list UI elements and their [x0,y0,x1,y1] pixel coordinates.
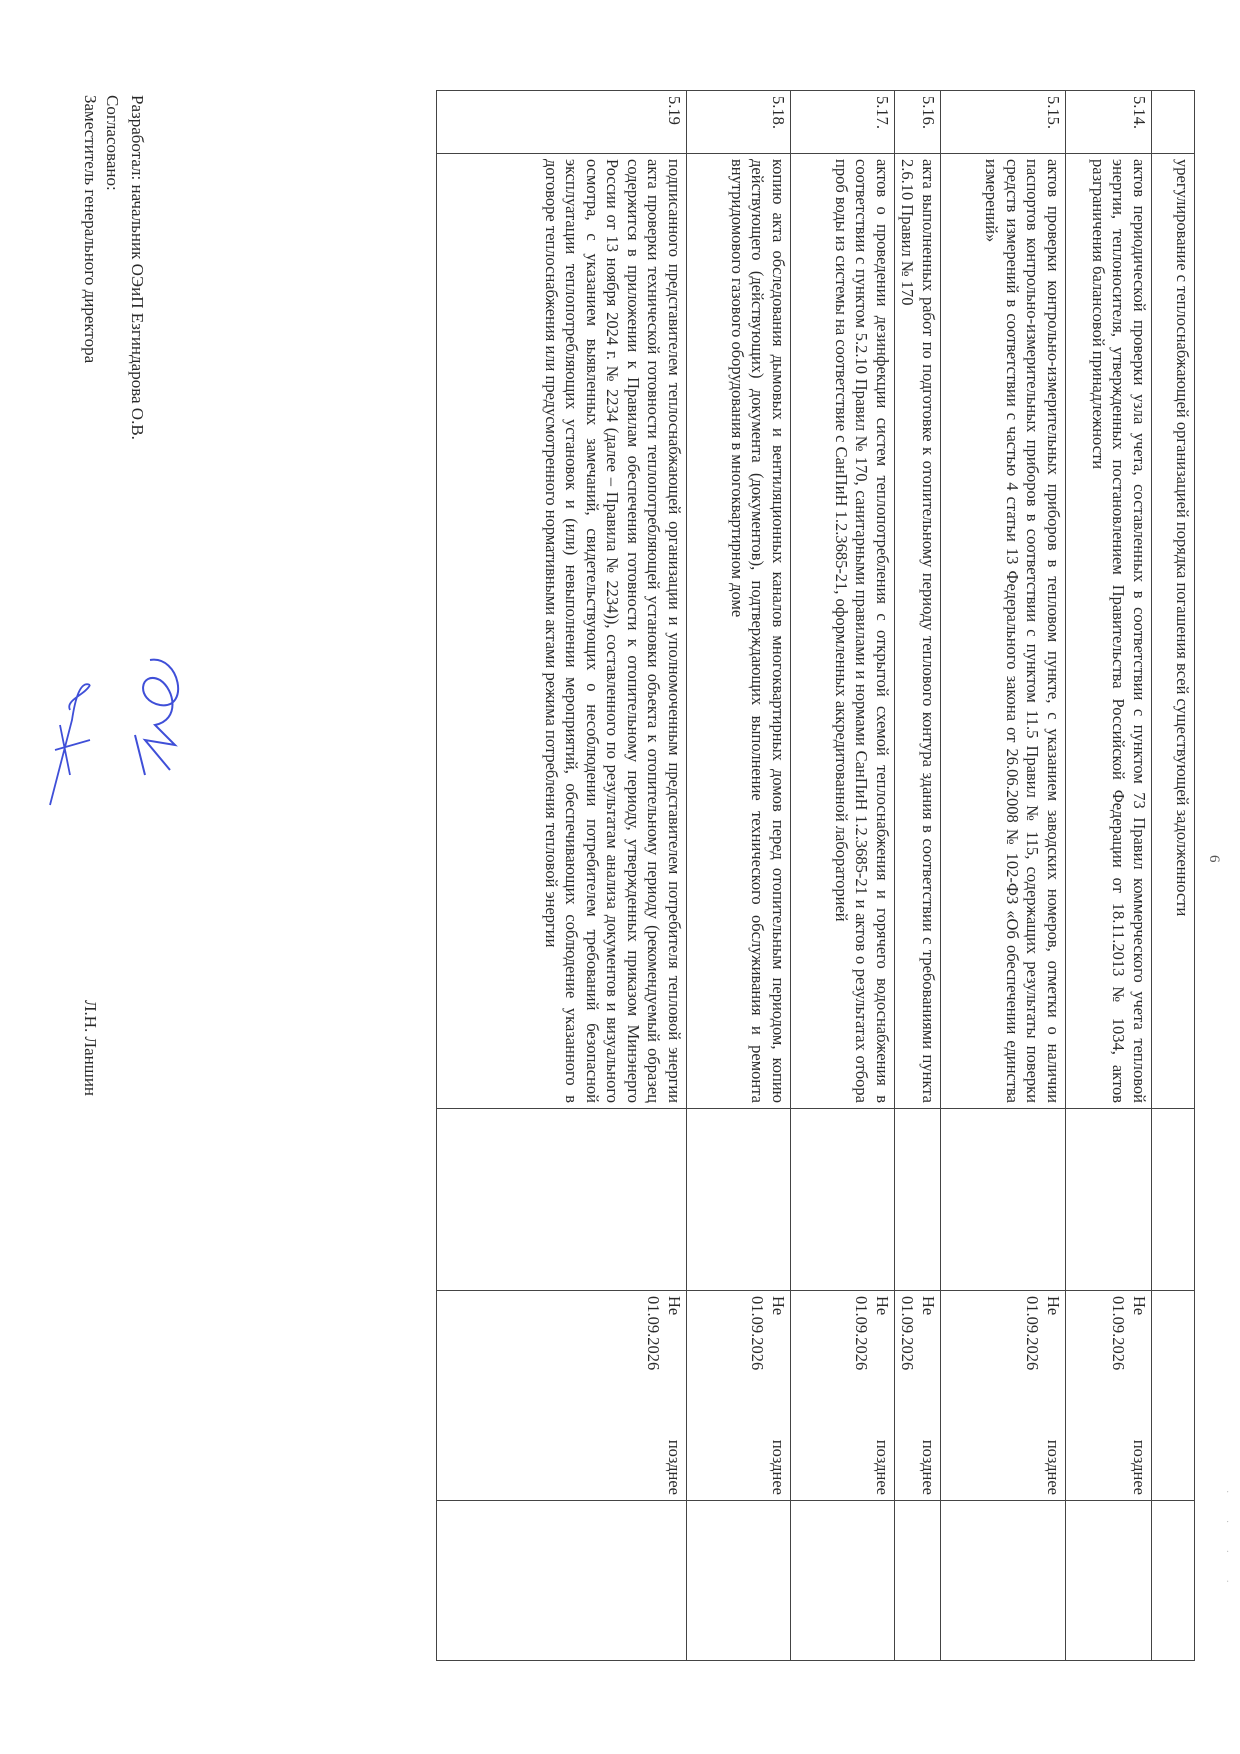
row-number: 5.16. [895,91,941,154]
row-responsible [1066,1109,1152,1291]
row-document-text: акта выполненных работ по подготовке к о… [895,154,941,1109]
deadline-word: Не [664,1296,685,1315]
deadline-word: позднее [1043,1440,1064,1495]
deadline-word: Не [1043,1296,1064,1315]
row-document-text: подписанного представителем теплоснабжаю… [437,154,687,1109]
page-number: 6 [1205,855,1222,863]
deputy-title: Заместитель генерального директора [80,95,100,363]
row-document-text: актов о проведении дезинфекции систем те… [791,154,895,1109]
row-number: 5.17. [791,91,895,154]
requirements-table: урегулирование с теплоснабжающей организ… [436,90,1195,1661]
developed-by: Разработал: начальник ОЭиП Езгиндарова О… [127,95,147,440]
row-document-text: копию акта обследования дымовых и вентил… [687,154,791,1109]
row-document-text: актов проверки контрольно-измерительных … [941,154,1066,1109]
row-number: 5.19 [437,91,687,154]
row-note [941,1501,1066,1661]
deadline-date: 01.09.2026 [851,1296,872,1495]
agreed-label: Согласовано: [102,95,122,191]
deadline-word: позднее [768,1440,789,1495]
deputy-name: Л.Н. Ланшин [80,1000,100,1096]
deadline-date: 01.09.2026 [747,1296,768,1495]
row-note [895,1501,941,1661]
scan-artifact: · · · · [1221,1490,1232,1595]
deadline-word: позднее [664,1440,685,1495]
signature-deputy-icon [40,680,100,810]
deadline-date: 01.09.2026 [643,1296,664,1495]
deadline-word: Не [872,1296,893,1315]
row-responsible [895,1109,941,1291]
row-number: 5.14. [1066,91,1152,154]
deadline-word: Не [1129,1296,1150,1315]
row-note [1152,1501,1195,1661]
row-deadline: Непозднее01.09.2026 [791,1291,895,1501]
signature-developer-icon [120,650,190,780]
row-deadline [1152,1291,1195,1501]
table-row: 5.16.акта выполненных работ по подготовк… [895,91,941,1661]
row-deadline: Непозднее01.09.2026 [437,1291,687,1501]
table-row: 5.15.актов проверки контрольно-измерител… [941,91,1066,1661]
row-deadline: Непозднее01.09.2026 [687,1291,791,1501]
row-number [1152,91,1195,154]
row-note [437,1501,687,1661]
row-note [687,1501,791,1661]
row-number: 5.15. [941,91,1066,154]
deadline-word: позднее [918,1440,939,1495]
row-note [1066,1501,1152,1661]
deadline-date: 01.09.2026 [1022,1296,1043,1495]
table-row: 5.14.актов периодической проверки узла у… [1066,91,1152,1661]
table-row: 5.19подписанного представителем теплосна… [437,91,687,1661]
row-responsible [687,1109,791,1291]
deadline-word: позднее [1129,1440,1150,1495]
row-deadline: Непозднее01.09.2026 [1066,1291,1152,1501]
row-deadline: Непозднее01.09.2026 [941,1291,1066,1501]
table-row: 5.17.актов о проведении дезинфекции сист… [791,91,895,1661]
row-number: 5.18. [687,91,791,154]
row-document-text: урегулирование с теплоснабжающей организ… [1152,154,1195,1109]
deadline-date: 01.09.2026 [1108,1296,1129,1495]
deadline-word: позднее [872,1440,893,1495]
table-row: урегулирование с теплоснабжающей организ… [1152,91,1195,1661]
deadline-date: 01.09.2026 [897,1296,918,1495]
deadline-word: Не [918,1296,939,1315]
row-deadline: Непозднее01.09.2026 [895,1291,941,1501]
row-responsible [1152,1109,1195,1291]
deadline-word: Не [768,1296,789,1315]
row-responsible [791,1109,895,1291]
table-row: 5.18.копию акта обследования дымовых и в… [687,91,791,1661]
row-responsible [437,1109,687,1291]
document-page: · · · · 6 урегулирование с теплоснабжающ… [0,0,1240,1754]
row-responsible [941,1109,1066,1291]
row-document-text: актов периодической проверки узла учета,… [1066,154,1152,1109]
table-body: урегулирование с теплоснабжающей организ… [437,91,1195,1661]
row-note [791,1501,895,1661]
